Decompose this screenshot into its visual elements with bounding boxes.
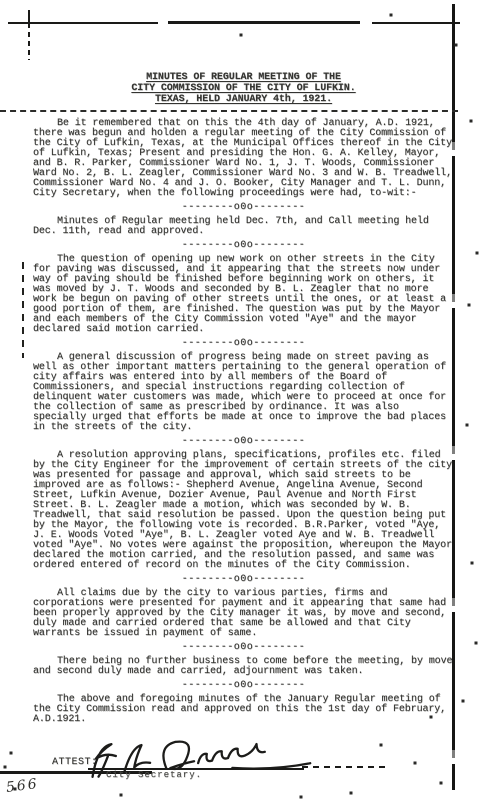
section-separator: --------o0o-------- — [33, 241, 454, 251]
section-separator: --------o0o-------- — [33, 575, 454, 585]
paragraph-opening: Be it remembered that on this the 4th da… — [33, 119, 454, 199]
scan-noise-specks — [0, 0, 2, 2]
paragraph-street-paving-motion: The question of opening up new work on o… — [33, 255, 454, 335]
scan-artifact-register-cross — [28, 32, 30, 60]
section-separator: --------o0o-------- — [33, 681, 454, 691]
section-separator: --------o0o-------- — [33, 437, 454, 447]
paragraph-minutes-approved: Minutes of Regular meeting held Dec. 7th… — [33, 217, 454, 237]
paragraph-general-discussion: A general discussion of progress being m… — [33, 353, 454, 433]
document-body: MINUTES OF REGULAR MEETING OF THE CITY C… — [33, 72, 454, 725]
scan-artifact-top-rule — [372, 22, 460, 24]
dashed-rule — [0, 110, 458, 112]
scan-artifact-top-rule — [168, 21, 360, 24]
title-line-2: CITY COMMISSION OF THE CITY OF LUFKIN. — [33, 83, 454, 94]
signer-title: City Secretary. — [106, 770, 202, 780]
paragraph-claims: All claims due by the city to various pa… — [33, 589, 454, 639]
scanned-minutes-page: MINUTES OF REGULAR MEETING OF THE CITY C… — [0, 0, 486, 800]
document-title: MINUTES OF REGULAR MEETING OF THE CITY C… — [33, 72, 454, 105]
scan-artifact-register-cross — [28, 10, 30, 28]
handwritten-page-number: 566 — [5, 776, 39, 796]
scan-artifact-top-rule — [8, 22, 158, 24]
signature-underline — [302, 766, 388, 768]
title-line-1: MINUTES OF REGULAR MEETING OF THE — [33, 72, 454, 83]
secretary-signature — [81, 729, 323, 789]
section-separator: --------o0o-------- — [33, 643, 454, 653]
title-line-3: TEXAS, HELD JANUARY 4th, 1921. — [33, 94, 454, 105]
section-separator: --------o0o-------- — [33, 339, 454, 349]
section-separator: --------o0o-------- — [33, 203, 454, 213]
paragraph-resolution-streets: A resolution approving plans, specificat… — [33, 451, 454, 571]
scan-artifact-margin-line — [22, 262, 24, 358]
paragraph-adjournment: There being no further business to come … — [33, 657, 454, 677]
paragraph-approval-closing: The above and foregoing minutes of the J… — [33, 695, 454, 725]
